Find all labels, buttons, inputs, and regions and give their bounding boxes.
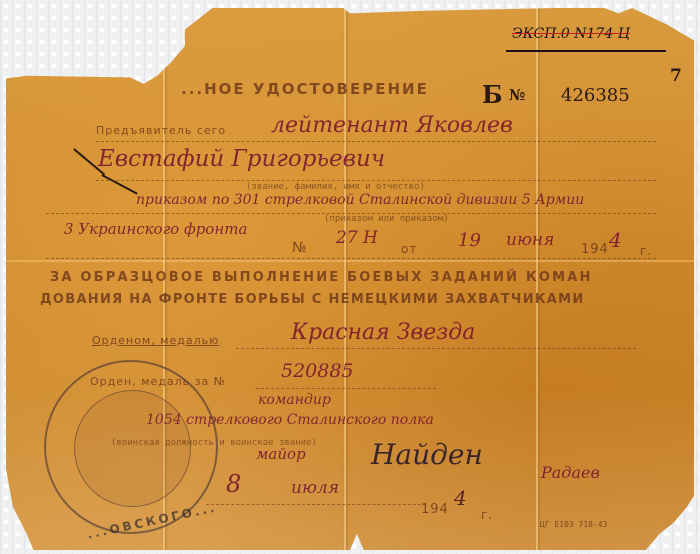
commander-name: Радаев [541, 463, 600, 482]
stamp-inner-ring [74, 390, 191, 507]
form-line [256, 388, 436, 389]
issue-month: июля [291, 478, 339, 498]
bearer-name: Евстафий Григорьевич [98, 146, 385, 172]
bearer-rank-surname: лейтенант Яковлев [271, 113, 513, 138]
issue-year-suffix: 4 [454, 486, 467, 510]
name-caption: (звание, фамилия, имя и отчество) [246, 182, 425, 192]
order-no-label: № [292, 240, 308, 256]
commander-signature: Найден [371, 438, 483, 471]
citation-line1: ЗА ОБРАЗЦОВОЕ ВЫПОЛНЕНИЕ БОЕВЫХ ЗАДАНИЙ … [50, 270, 593, 285]
form-line [46, 258, 656, 259]
award-label: Орденом, медалью [92, 334, 219, 347]
award-basis-line1: приказом по 301 стрелковой Сталинской ди… [136, 192, 584, 208]
form-line [206, 504, 426, 505]
document-title: ...НОЕ УДОСТОВЕРЕНИЕ [181, 80, 429, 98]
order-year-suffix: 4 [609, 228, 622, 252]
form-line [236, 348, 636, 349]
commander-title-1: командир [258, 392, 331, 408]
form-line [96, 141, 656, 142]
commander-rank: майор [256, 445, 306, 463]
order-number: 27 Н [336, 228, 378, 248]
certificate-number: 426385 [561, 85, 630, 106]
issue-year-prefix: 194 [421, 502, 449, 517]
order-day: 19 [458, 230, 481, 251]
order-month: июня [506, 230, 554, 250]
issue-year-unit: г. [481, 508, 493, 522]
archive-underline [506, 50, 666, 52]
form-line [96, 180, 656, 181]
order-year-unit: г. [640, 244, 652, 258]
printer-mark: ЦГ Е103 718-43 [540, 520, 607, 529]
archive-mark: ЭКСП.0 N174 Ц [512, 26, 630, 42]
bearer-label: Предъявитель сего [96, 124, 226, 137]
citation-line2: ДОВАНИЯ НА ФРОНТЕ БОРЬБЫ С НЕМЕЦКИМИ ЗАХ… [40, 292, 585, 307]
corner-number: 7 [670, 66, 682, 86]
tear-mark [102, 174, 138, 194]
from-label: от [401, 242, 417, 256]
fold-line [6, 260, 694, 262]
award-basis-line2: 3 Украинского фронта [64, 220, 247, 238]
series-letter: Б [482, 80, 503, 109]
number-sign: № [509, 86, 525, 104]
order-year-prefix: 194 [581, 242, 609, 257]
medal-number: 520885 [281, 360, 354, 382]
award-value: Красная Звезда [291, 320, 475, 345]
basis-caption: (приказом или приказом) [324, 214, 449, 224]
document-paper: ЭКСП.0 N174 Ц 7 ...НОЕ УДОСТОВЕРЕНИЕ Б №… [6, 8, 694, 550]
issue-day: 8 [226, 470, 241, 498]
